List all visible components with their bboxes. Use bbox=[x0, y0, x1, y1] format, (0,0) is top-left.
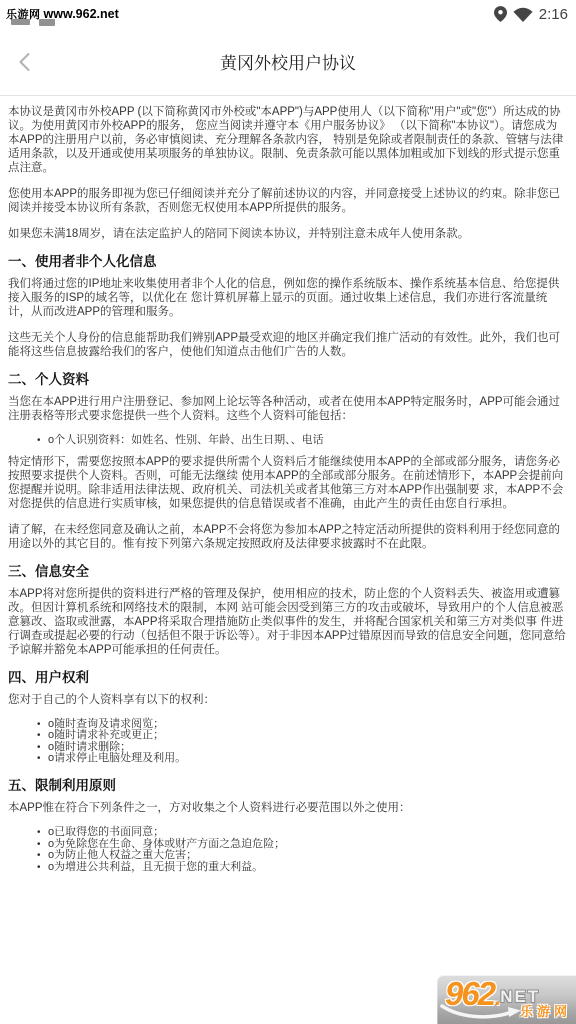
962net-logo: 962.NET 乐游网 bbox=[437, 975, 576, 1024]
agreement-content: 本协议是黄冈市外校APP (以下简称黄冈市外校或"本APP")与APP使用人（以… bbox=[0, 96, 576, 873]
watermark-block bbox=[11, 19, 30, 25]
section-heading: 四、用户权利 bbox=[8, 669, 568, 686]
watermark-text: 乐游网www.962.net bbox=[6, 5, 166, 23]
app-header: 黄冈外校用户协议 bbox=[0, 28, 576, 95]
site-watermark: 乐游网www.962.net bbox=[6, 5, 166, 27]
agreement-paragraph: 您对于自己的个人资料享有以下的权利： bbox=[8, 693, 568, 707]
watermark-block bbox=[39, 19, 55, 26]
agreement-paragraph: 这些无关个人身份的信息能帮助我们辨别APP最受欢迎的地区并确定我们推广活动的有效… bbox=[8, 331, 568, 359]
agreement-paragraph: 本协议是黄冈市外校APP (以下简称黄冈市外校或"本APP")与APP使用人（以… bbox=[8, 105, 568, 175]
bullet-item: o已取得您的书面同意； bbox=[48, 827, 568, 839]
back-button[interactable] bbox=[8, 45, 42, 79]
agreement-paragraph: 请了解，在未经您同意及确认之前，本APP不会将您为参加本APP之特定活动所提供的… bbox=[8, 523, 568, 551]
logo-brand-cn: 乐游网 bbox=[520, 1001, 571, 1020]
bullet-item: o为防止他人权益之重大危害； bbox=[48, 850, 568, 862]
location-pin-icon bbox=[494, 6, 507, 22]
agreement-paragraph: 如果您未满18周岁，请在法定监护人的陪同下阅读本协议，并特别注意未成年人使用条款… bbox=[8, 227, 568, 241]
agreement-paragraph: 我们将通过您的IP地址来收集使用者非个人化的信息，例如您的操作系统版本、操作系统… bbox=[8, 277, 568, 319]
status-time: 2:16 bbox=[539, 6, 568, 23]
bullet-item: o为增进公共利益，且无损于您的重大利益。 bbox=[48, 862, 568, 874]
section-heading: 一、使用者非个人化信息 bbox=[8, 253, 568, 270]
chevron-left-icon bbox=[16, 51, 34, 73]
bullet-list: o已取得您的书面同意；o为免除您在生命、身体或财产方面之急迫危险；o为防止他人权… bbox=[8, 827, 568, 873]
section-heading: 二、个人资料 bbox=[8, 371, 568, 388]
section-heading: 五、限制利用原则 bbox=[8, 777, 568, 794]
agreement-paragraph: 特定情形下，需要您按照本APP的要求提供所需个人资料后才能继续使用本APP的全部… bbox=[8, 455, 568, 511]
agreement-paragraph: 您使用本APP的服务即视为您已仔细阅读并充分了解前述协议的内容，并同意接受上述协… bbox=[8, 187, 568, 215]
bullet-list: o随时查询及请求阅览；o随时请求补充或更正；o随时请求删除；o请求停止电脑处理及… bbox=[8, 719, 568, 765]
bullet-item: o个人识别资料：如姓名、性别、年龄、出生日期、、电话 bbox=[48, 435, 568, 447]
status-bar: 乐游网www.962.net 2:16 bbox=[0, 0, 576, 28]
bullet-list: o个人识别资料：如姓名、性别、年龄、出生日期、、电话 bbox=[8, 435, 568, 447]
agreement-paragraph: 当您在本APP进行用户注册登记、参加网上论坛等各种活动，或者在使用本APP特定服… bbox=[8, 395, 568, 423]
agreement-paragraph: 本APP惟在符合下列条件之一，方对收集之个人资料进行必要范围以外之使用： bbox=[8, 801, 568, 815]
page-title: 黄冈外校用户协议 bbox=[220, 49, 356, 74]
agreement-paragraph: 本APP将对您所提供的资料进行严格的管理及保护，使用相应的技术，防止您的个人资料… bbox=[8, 587, 568, 657]
bullet-item: o请求停止电脑处理及利用。 bbox=[48, 753, 568, 765]
status-icons: 2:16 bbox=[494, 0, 568, 28]
section-heading: 三、信息安全 bbox=[8, 563, 568, 580]
app-screen: 乐游网www.962.net 2:16 bbox=[0, 0, 576, 1024]
wifi-icon bbox=[513, 7, 533, 22]
